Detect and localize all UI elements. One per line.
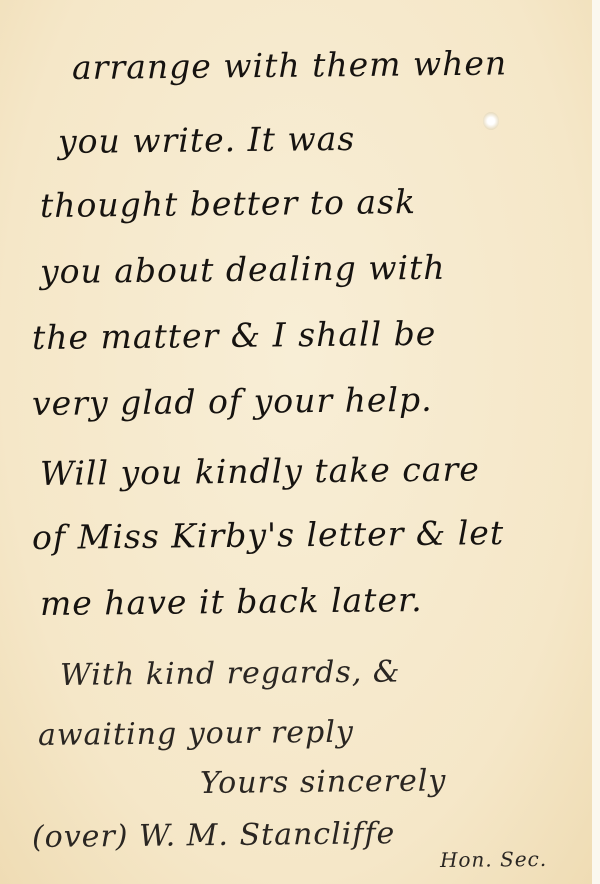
valediction: Yours sincerely (200, 763, 447, 801)
letter-line: you about dealing with (40, 248, 446, 291)
letter-line: thought better to ask (40, 182, 416, 225)
letter-line: arrange with them when (72, 43, 508, 87)
paper-hole (483, 112, 499, 130)
letter-line: me have it back later. (40, 580, 423, 623)
letter-line: very glad of your help. (32, 380, 433, 423)
letter-line: Will you kindly take care (40, 449, 480, 493)
closing-line: awaiting your reply (38, 715, 354, 753)
letter-line: you write. It was (58, 119, 356, 161)
letter-line: the matter & I shall be (32, 314, 437, 357)
page-edge (592, 0, 600, 884)
letter-line: of Miss Kirby's letter & let (32, 513, 505, 557)
signatory-title: Hon. Sec. (440, 847, 547, 872)
letter-page: arrange with them when you write. It was… (0, 0, 592, 884)
closing-line: With kind regards, & (60, 654, 401, 693)
signature: (over) W. M. Stancliffe (32, 816, 396, 855)
